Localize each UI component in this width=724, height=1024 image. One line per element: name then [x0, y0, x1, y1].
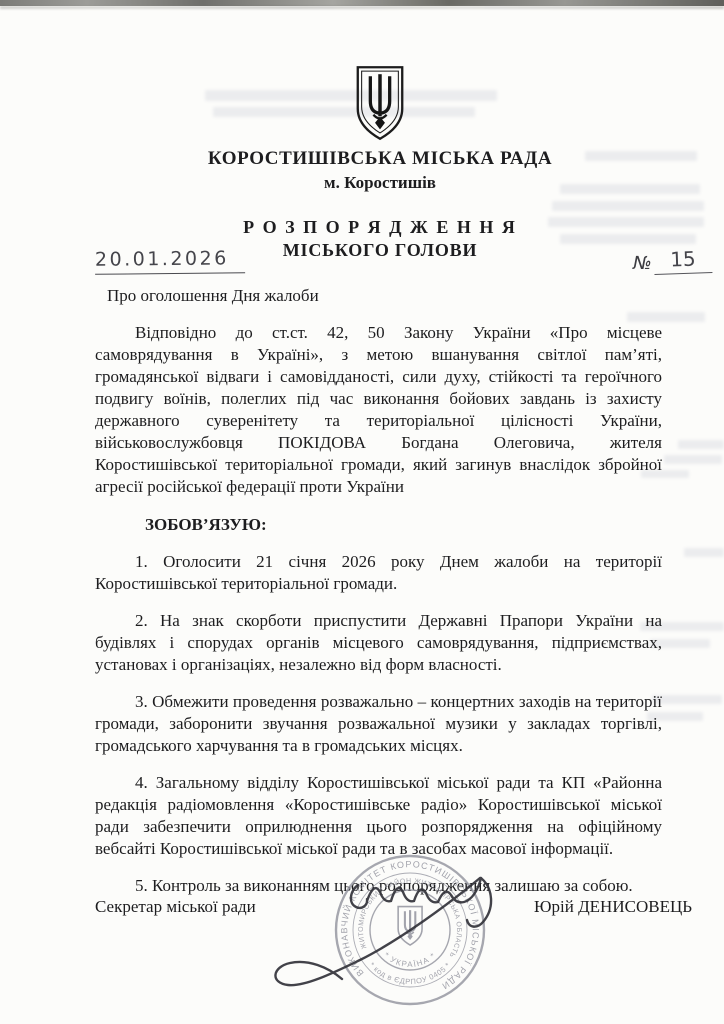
handwritten-number-value: 15: [653, 246, 712, 275]
order-item-2: 2. На знак скорботи приспустити Державні…: [95, 610, 662, 676]
scanned-document-page: КОРОСТИШІВСЬКА МІСЬКА РАДА м. Коростишів…: [0, 0, 724, 1024]
order-item-1: 1. Оголосити 21 січня 2026 року Днем жал…: [95, 551, 662, 595]
bleed-through-text: [678, 440, 724, 449]
preamble-paragraph: Відповідно до ст.ст. 42, 50 Закону Украї…: [95, 322, 662, 498]
document-body: Відповідно до ст.ст. 42, 50 Закону Украї…: [95, 322, 662, 912]
handwritten-signature: [250, 855, 530, 1015]
handwritten-date: 20.01.2026: [95, 247, 245, 275]
number-label: №: [633, 253, 652, 274]
order-item-4: 4. Загальному відділу Коростишівської мі…: [95, 772, 662, 860]
bleed-through-text: [684, 548, 724, 557]
obligation-heading: ЗОБОВ’ЯЗУЮ:: [95, 514, 662, 536]
subject-line: Про оголошення Дня жалоби: [107, 286, 319, 306]
scan-top-edge-shadow: [0, 6, 724, 9]
document-header: КОРОСТИШІВСЬКА МІСЬКА РАДА м. Коростишів…: [80, 64, 680, 261]
signatory-name: Юрій ДЕНИСОВЕЦЬ: [534, 897, 692, 917]
bleed-through-text: [652, 695, 722, 704]
signature-row: Секретар міської ради Юрій ДЕНИСОВЕЦЬ: [95, 897, 692, 917]
ukraine-trident-coat-of-arms-icon: [351, 64, 409, 142]
doc-type-title: Р О З П О Р Я Д Ж Е Н Н Я: [80, 217, 680, 238]
document-number: № 15: [633, 247, 712, 274]
org-name: КОРОСТИШІВСЬКА МІСЬКА РАДА: [80, 148, 680, 170]
bleed-through-text: [627, 312, 705, 322]
order-item-3: 3. Обмежити проведення розважально – кон…: [95, 691, 662, 757]
org-city: м. Коростишів: [80, 173, 680, 193]
bleed-through-text: [664, 455, 722, 464]
signatory-title: Секретар міської ради: [95, 897, 256, 917]
